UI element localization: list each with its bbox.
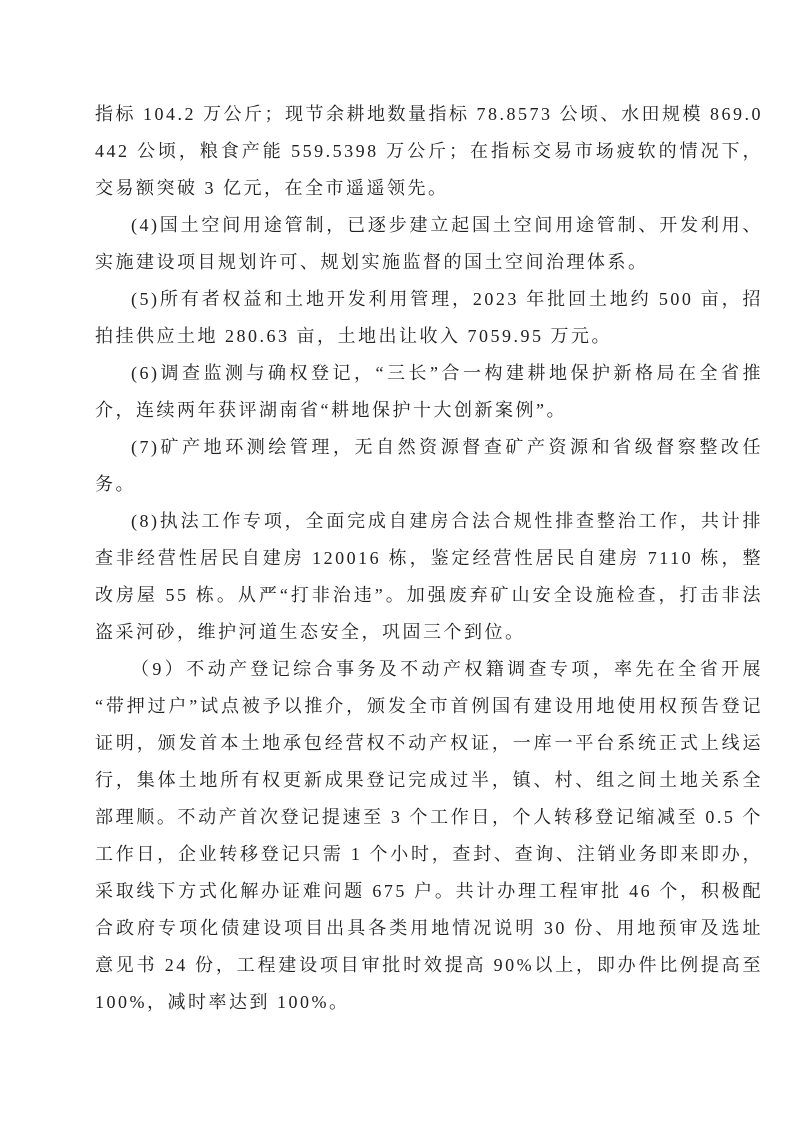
paragraph-item-4: (4)国土空间用途管制，已逐步建立起国土空间用途管制、开发利用、实施建设项目规划… — [95, 207, 763, 281]
paragraph-item-6: (6)调查监测与确权登记，“三长”合一构建耕地保护新格局在全省推介，连续两年获评… — [95, 355, 763, 429]
document-page: 指标 104.2 万公斤；现节余耕地数量指标 78.8573 公顷、水田规模 8… — [0, 0, 793, 1122]
paragraph-item-7: (7)矿产地环测绘管理，无自然资源督查矿产资源和省级督察整改任务。 — [95, 429, 763, 503]
paragraph-item-5: (5)所有者权益和土地开发利用管理，2023 年批回土地约 500 亩，招拍挂供… — [95, 281, 763, 355]
paragraph-item-9: （9）不动产登记综合事务及不动产权籍调查专项，率先在全省开展“带押过户”试点被予… — [95, 651, 763, 1021]
paragraph-item-8: (8)执法工作专项，全面完成自建房合法合规性排查整治工作，共计排查非经营性居民自… — [95, 503, 763, 651]
paragraph-continuation: 指标 104.2 万公斤；现节余耕地数量指标 78.8573 公顷、水田规模 8… — [95, 96, 763, 207]
